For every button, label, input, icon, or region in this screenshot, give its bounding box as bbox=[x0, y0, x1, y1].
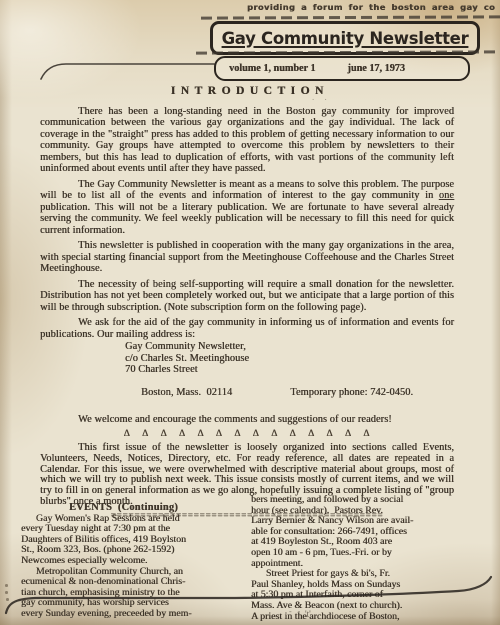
address-line: 70 Charles Street bbox=[125, 364, 454, 376]
events-right-lines: bers meeting, and followed by a socialho… bbox=[251, 495, 497, 622]
temporary-phone: Temporary phone: 742-0450. bbox=[290, 387, 413, 398]
intro-paragraph-3: This newsletter is published in cooperat… bbox=[40, 240, 454, 275]
masthead-title: Gay Community Newsletter bbox=[222, 29, 469, 48]
intro-paragraph-2: The Gay Community Newsletter is meant as… bbox=[40, 179, 454, 237]
heading-dot-artifacts: . . bbox=[312, 92, 331, 102]
top-left-rule-line bbox=[41, 64, 214, 79]
volume-box: volume 1, number 1 june 17, 1973 bbox=[214, 56, 470, 81]
column-text-line: Mass. Ave & Beacon (next to church). bbox=[251, 601, 497, 612]
volume-number: volume 1, number 1 bbox=[229, 63, 315, 74]
triangle-divider: Δ Δ Δ Δ Δ Δ Δ Δ Δ Δ Δ Δ Δ Δ bbox=[40, 429, 454, 441]
column-text-line: A priest in the archdiocese of Boston, bbox=[251, 612, 497, 623]
paragraph-text: The Gay Community Newsletter is meant as… bbox=[40, 179, 454, 202]
paragraph-text: publication. This will not be a literary… bbox=[40, 202, 454, 236]
intro-paragraph-1: There has been a long-standing need in t… bbox=[40, 106, 454, 175]
scan-dot-artifacts bbox=[5, 584, 8, 587]
issue-date: june 17, 1973 bbox=[347, 63, 404, 74]
address-line: Gay Community Newsletter, bbox=[125, 341, 454, 353]
column-text-line: bers meeting, and followed by a social bbox=[251, 495, 497, 506]
underlined-word: one bbox=[439, 190, 454, 201]
mailing-address: Gay Community Newsletter,c/o Charles St.… bbox=[125, 341, 454, 376]
bottom-t-mark: 't' bbox=[305, 609, 311, 619]
bottom-dash-mark: - - bbox=[289, 607, 302, 616]
events-column-left: EVENTS (Continuing) Gay Women's Rap Sess… bbox=[21, 503, 253, 620]
address-city: Boston, Mass. 02114 bbox=[141, 387, 232, 398]
events-column-right: bers meeting, and followed by a socialho… bbox=[251, 495, 497, 622]
events-heading: EVENTS (Continuing) bbox=[21, 503, 226, 514]
intro-paragraph-6: We welcome and encourage the comments an… bbox=[40, 414, 454, 426]
intro-paragraph-4: The necessity of being self-supporting w… bbox=[40, 279, 454, 314]
address-city-row: Boston, Mass. 02114Temporary phone: 742-… bbox=[125, 376, 454, 411]
events-left-lines: Gay Women's Rap Sessions are heldevery T… bbox=[21, 514, 253, 620]
introduction-section: INTRODUCTION There has been a long-stand… bbox=[40, 86, 454, 521]
newsletter-page: providing a forum for the boston area ga… bbox=[0, 0, 500, 625]
page-tagline: providing a forum for the boston area ga… bbox=[247, 2, 499, 12]
column-text-line: Newcomes especially welcome. bbox=[21, 556, 253, 567]
intro-paragraph-5: We ask for the aid of the gay community … bbox=[40, 317, 454, 340]
section-heading-introduction: INTRODUCTION bbox=[40, 86, 454, 98]
pasteup-strip-top bbox=[201, 15, 500, 19]
column-text-line: open 10 am - 6 pm, Tues.-Fri. or by bbox=[251, 548, 497, 559]
column-text-line: every Sunday evening, preceeded by mem- bbox=[21, 609, 253, 620]
address-line: c/o Charles St. Meetinghouse bbox=[125, 353, 454, 365]
